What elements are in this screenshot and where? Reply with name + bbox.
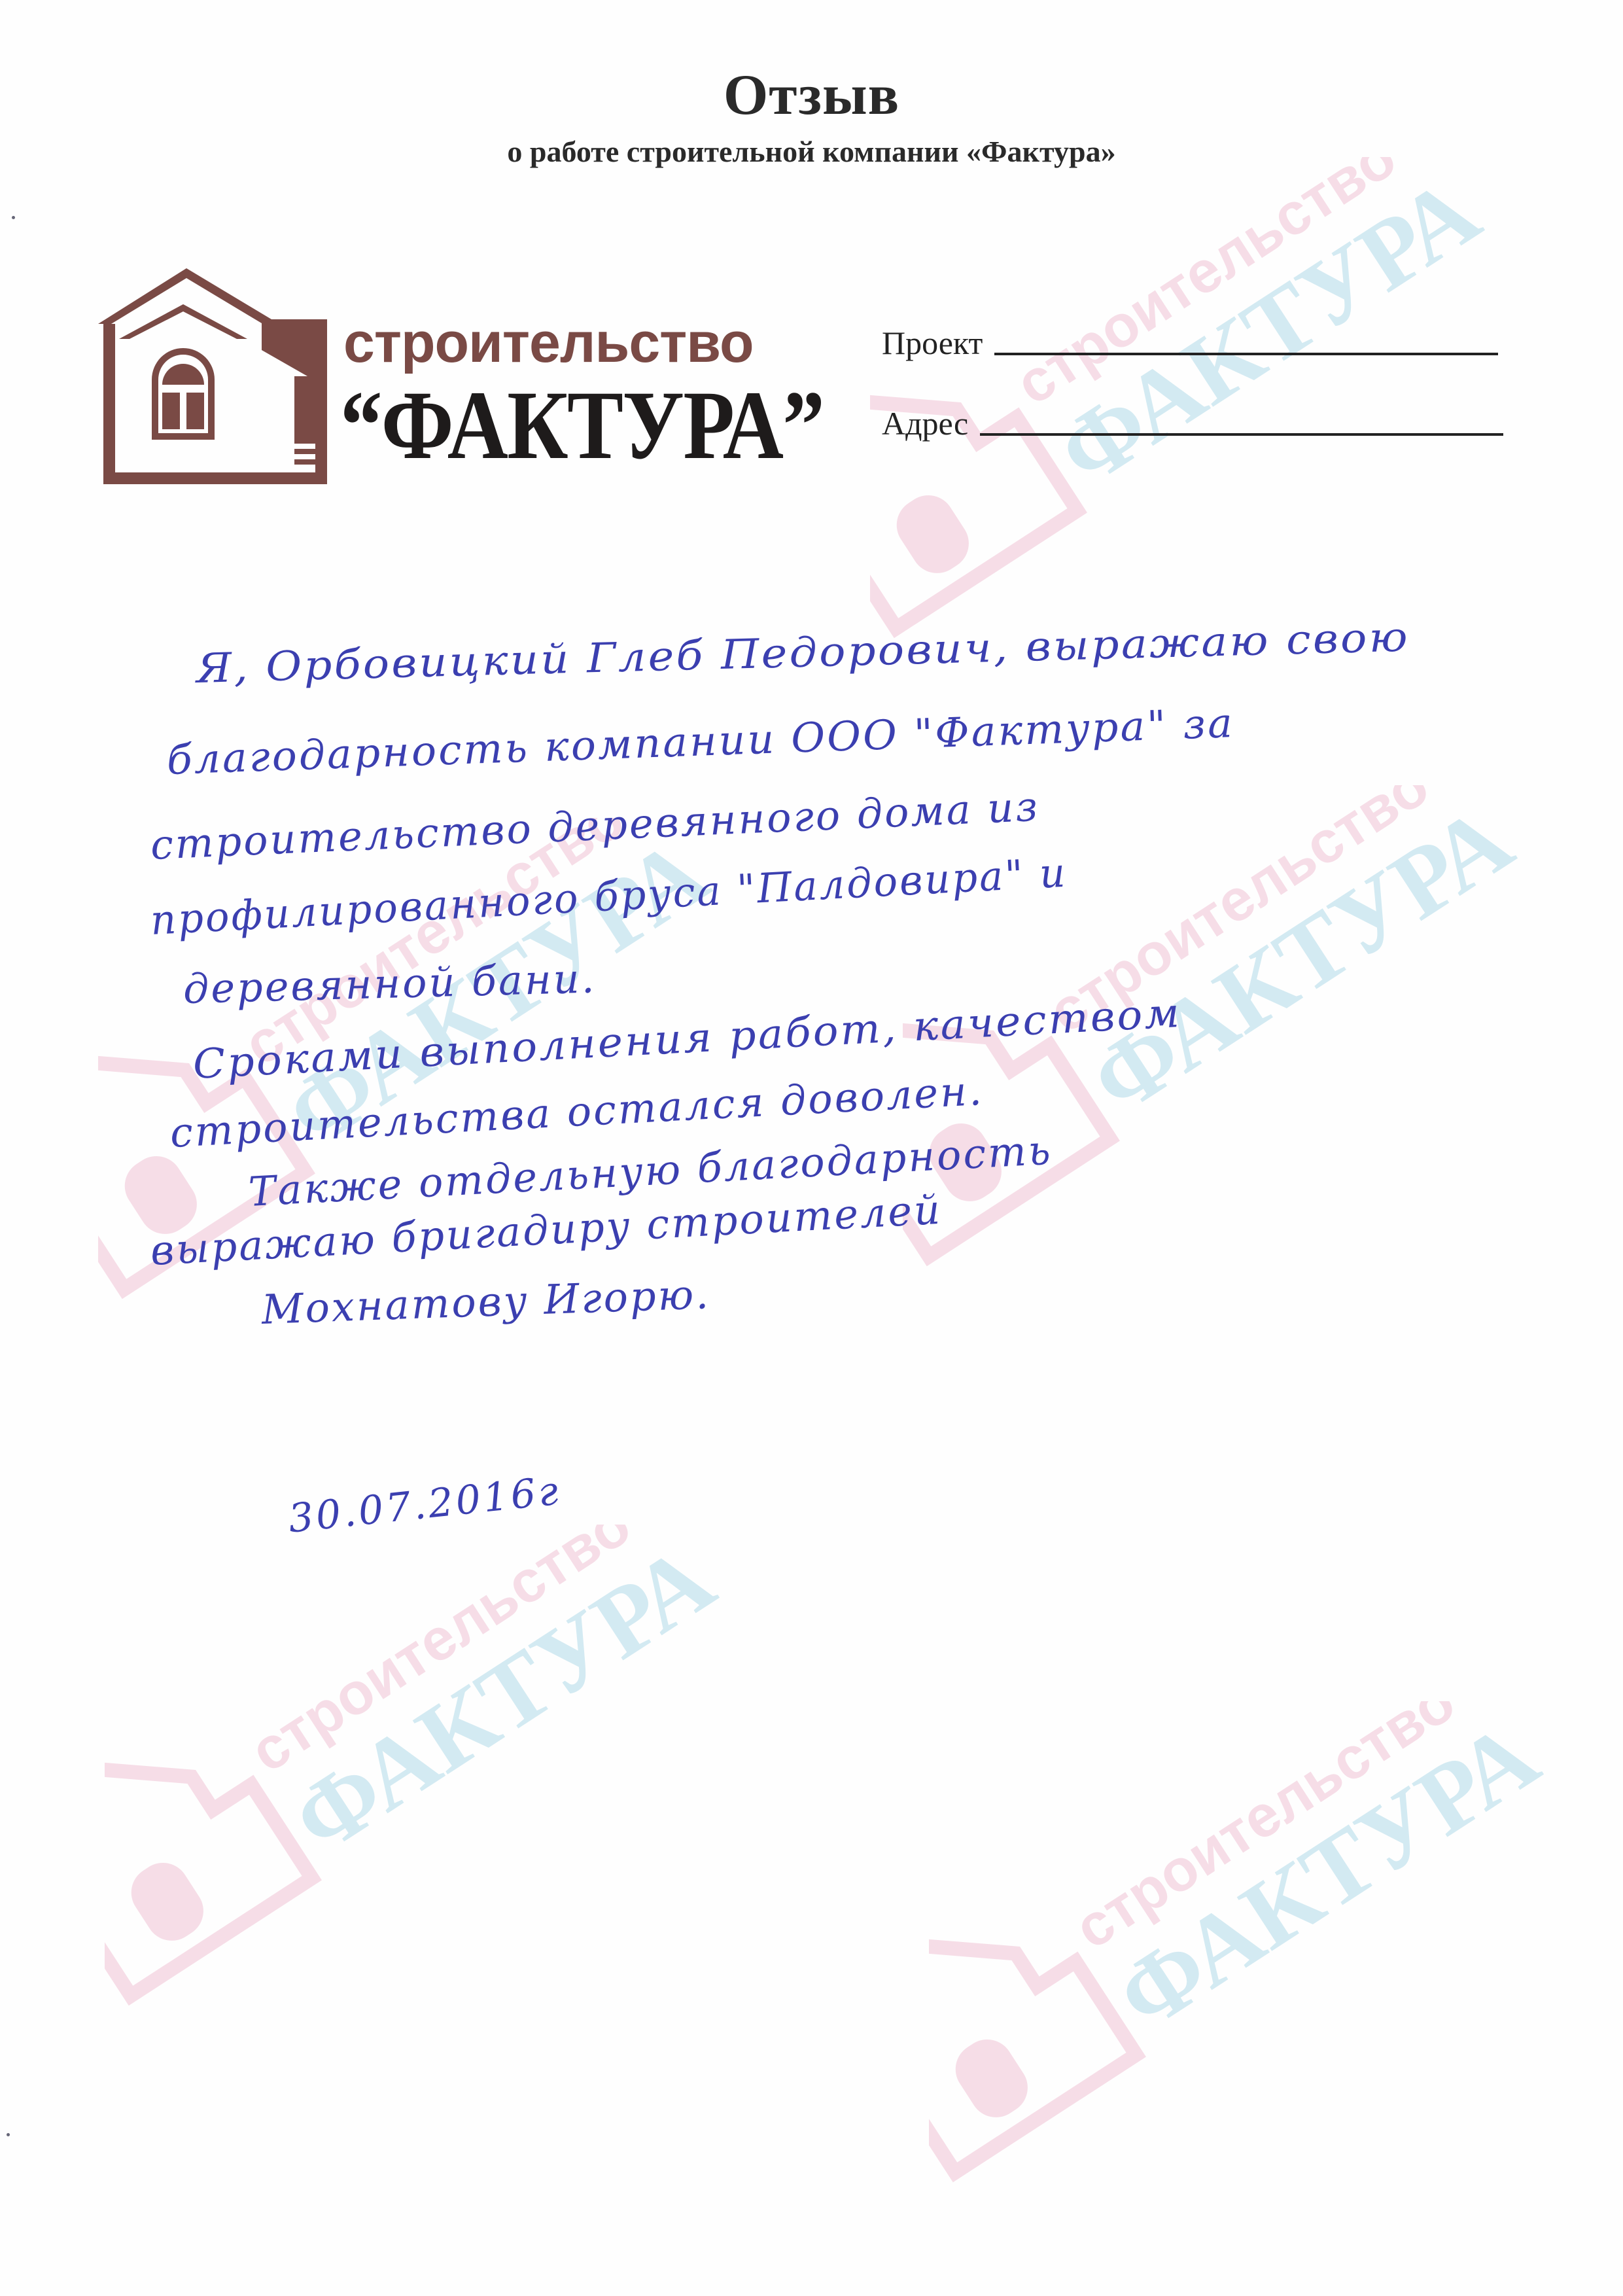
- svg-text:ФАКТУРА: ФАКТУРА: [274, 1525, 732, 1875]
- document-title: Отзыв: [0, 62, 1623, 128]
- document-page: строительство ФАКТУРА строительство ФАКТ…: [0, 0, 1623, 2296]
- logo-text-construction: строительство: [343, 311, 754, 376]
- watermark: строительство ФАКТУРА: [105, 1525, 746, 2022]
- watermark: строительство ФАКТУРА: [929, 1701, 1570, 2199]
- svg-text:ФАКТУРА: ФАКТУРА: [1098, 1701, 1556, 2051]
- scan-speck: [7, 2133, 10, 2136]
- document-subtitle: о работе строительной компании «Фактура»: [0, 134, 1623, 169]
- house-icon: [98, 268, 327, 484]
- handwritten-line: Мохнатову Игорю.: [261, 1270, 711, 1333]
- handwritten-line: деревянной бани.: [183, 954, 597, 1013]
- handwritten-line: Я, Орбовицкий Глеб Педорович, выражаю св…: [196, 612, 1410, 692]
- address-label: Адрес: [882, 404, 968, 442]
- project-label: Проект: [882, 324, 983, 362]
- address-blank-line: [980, 433, 1503, 436]
- svg-text:строительство: строительство: [1005, 157, 1408, 417]
- handwritten-line: благодарность компании ООО "Фактура" за: [166, 699, 1235, 784]
- logo-text-faktura: “ФАКТУРА”: [340, 376, 824, 474]
- project-field: Проект: [882, 324, 1498, 362]
- handwritten-date: 30.07.2016г: [286, 1468, 563, 1542]
- svg-text:строительство: строительство: [1064, 1701, 1467, 1962]
- svg-text:строительство: строительство: [239, 1525, 642, 1785]
- address-field: Адрес: [882, 404, 1503, 442]
- project-blank-line: [994, 353, 1498, 355]
- svg-text:ФАКТУРА: ФАКТУРА: [1072, 785, 1530, 1135]
- scan-speck: [12, 216, 15, 219]
- company-logo: строительство “ФАКТУРА”: [98, 268, 765, 484]
- handwritten-line: строительство деревянного дома из: [149, 783, 1040, 869]
